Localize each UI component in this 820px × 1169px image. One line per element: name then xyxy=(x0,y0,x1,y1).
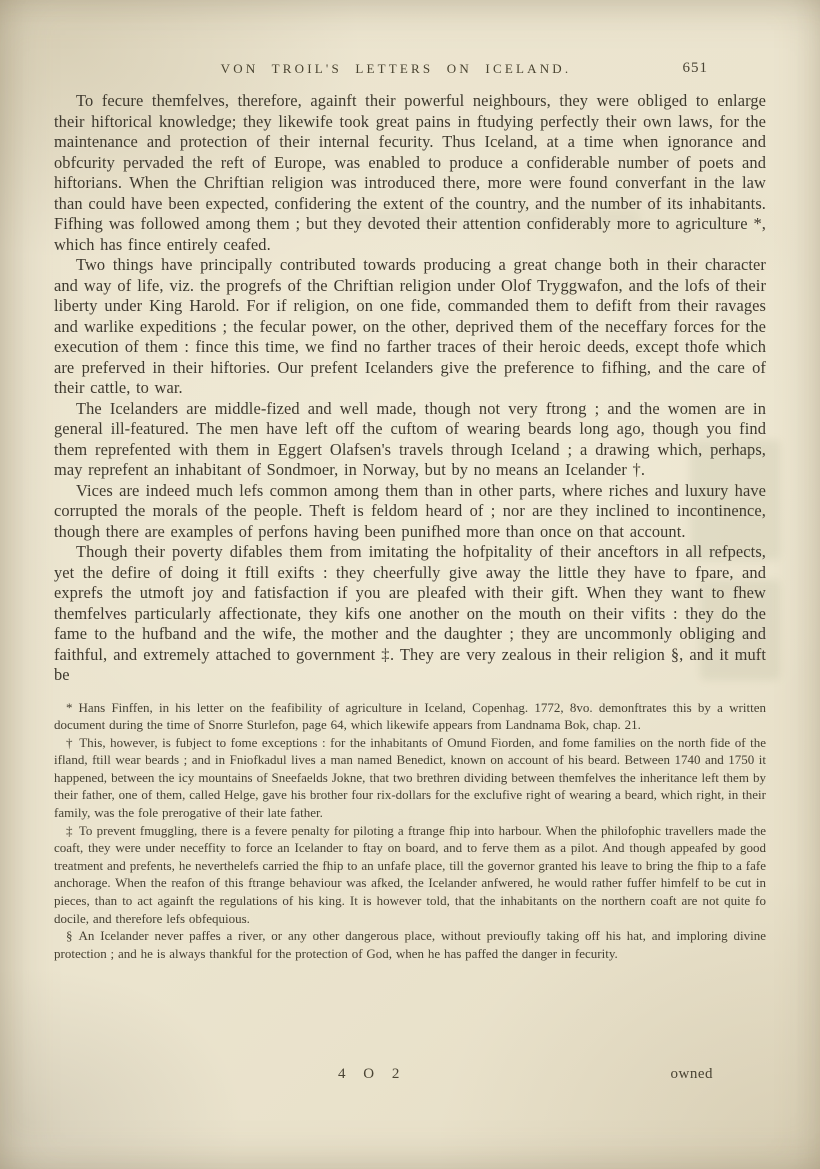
footnote-marker: ‡ xyxy=(66,823,73,838)
page-footer: 4 O 2 owned xyxy=(0,1066,820,1090)
paragraph: To fecure themfelves, therefore, againft… xyxy=(54,91,766,255)
footnote-marker: § xyxy=(66,928,73,943)
page-header: VON TROIL'S LETTERS ON ICELAND. xyxy=(54,60,766,78)
paragraph: Two things have principally contributed … xyxy=(54,255,766,399)
footnote: †This, however, is fubject to fome excep… xyxy=(54,734,766,822)
footnote-marker: * xyxy=(66,700,73,715)
page-number: 651 xyxy=(683,60,709,77)
page-body: To fecure themfelves, therefore, againft… xyxy=(54,91,766,962)
footnote-text: Hans Finffen, in his letter on the feafi… xyxy=(54,700,766,733)
footnotes-section: *Hans Finffen, in his letter on the feaf… xyxy=(54,699,766,963)
footnote: *Hans Finffen, in his letter on the feaf… xyxy=(54,699,766,734)
signature-mark: 4 O 2 xyxy=(338,1066,406,1083)
footnote-text: An Icelander never paffes a river, or an… xyxy=(54,928,766,961)
running-title: VON TROIL'S LETTERS ON ICELAND. xyxy=(221,61,572,77)
catchword: owned xyxy=(671,1066,714,1083)
footnote-text: This, however, is fubject to fome except… xyxy=(54,735,766,820)
footnote: ‡To prevent fmuggling, there is a fevere… xyxy=(54,822,766,928)
footnote-marker: † xyxy=(66,735,73,750)
book-page-scan: VON TROIL'S LETTERS ON ICELAND. 651 To f… xyxy=(0,0,820,1169)
footnote: §An Icelander never paffes a river, or a… xyxy=(54,927,766,962)
paragraph: Vices are indeed much lefs common among … xyxy=(54,481,766,543)
paragraph: Though their poverty difables them from … xyxy=(54,542,766,686)
paragraph: The Icelanders are middle-fized and well… xyxy=(54,399,766,481)
footnote-text: To prevent fmuggling, there is a fevere … xyxy=(54,823,766,926)
